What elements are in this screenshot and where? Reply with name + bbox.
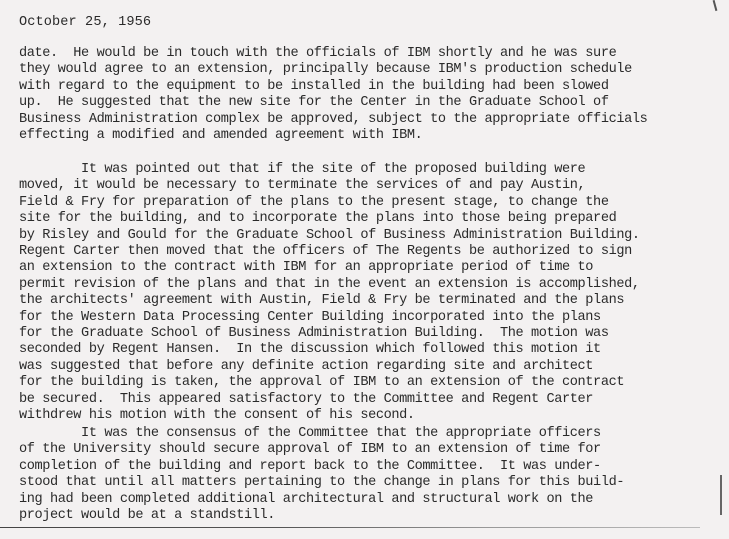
paragraph-3: It was the consensus of the Committee th… [19,426,624,524]
document-date: October 25, 1956 [19,15,151,30]
edge-mark [713,0,718,11]
text-line: the architects' agreement with Austin, F… [19,293,640,309]
text-line: date. He would be in touch with the offi… [19,46,647,62]
margin-mark [720,475,722,515]
text-line: be secured. This appeared satisfactory t… [19,392,640,408]
text-line: they would agree to an extension, princi… [19,62,647,78]
text-line: It was the consensus of the Committee th… [19,426,624,442]
text-line: for the Western Data Processing Center B… [19,310,640,326]
paragraph-2: It was pointed out that if the site of t… [19,162,640,425]
text-line: project would be at a standstill. [19,508,624,524]
text-line: withdrew his motion with the consent of … [19,408,640,424]
text-line: site for the building, and to incorporat… [19,211,640,227]
text-line: It was pointed out that if the site of t… [19,162,640,178]
page-bottom-rule [0,527,700,528]
text-line: ing had been completed additional archit… [19,492,624,508]
text-line: effecting a modified and amended agreeme… [19,128,647,144]
text-line: for the Graduate School of Business Admi… [19,326,640,342]
text-line: Field & Fry for preparation of the plans… [19,195,640,211]
text-line: for the building is taken, the approval … [19,375,640,391]
paragraph-1: date. He would be in touch with the offi… [19,46,647,144]
text-line: stood that until all matters pertaining … [19,475,624,491]
text-line: up. He suggested that the new site for t… [19,95,647,111]
document-page: October 25, 1956 date. He would be in to… [0,0,729,539]
text-line: with regard to the equipment to be insta… [19,79,647,95]
text-line: Regent Carter then moved that the office… [19,244,640,260]
text-line: an extension to the contract with IBM fo… [19,260,640,276]
text-line: seconded by Regent Hansen. In the discus… [19,342,640,358]
text-line: completion of the building and report ba… [19,459,624,475]
text-line: by Risley and Gould for the Graduate Sch… [19,228,640,244]
text-line: moved, it would be necessary to terminat… [19,178,640,194]
text-line: of the University should secure approval… [19,442,624,458]
text-line: permit revision of the plans and that in… [19,277,640,293]
text-line: Business Administration complex be appro… [19,112,647,128]
text-line: was suggested that before any definite a… [19,359,640,375]
